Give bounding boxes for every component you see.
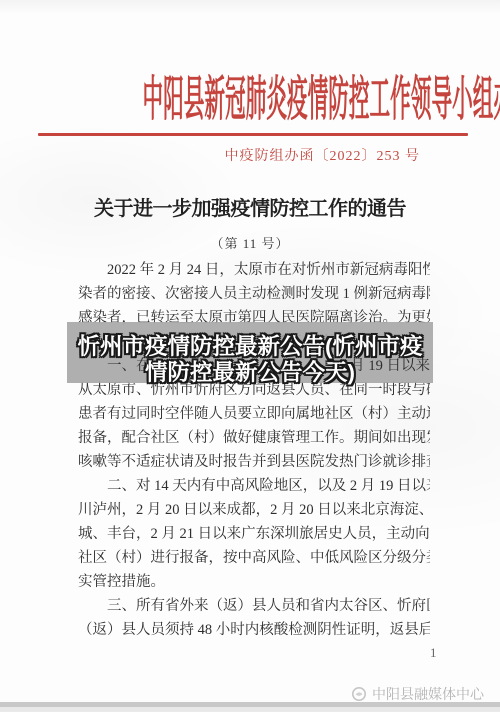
body-line: 报备，配合社区（村）做好健康管理工作。期间如出现发热、 [78,426,430,450]
body-line: 城、丰台，2 月 21 日以来广东深圳旅居史人员，主动向属地 [78,522,430,546]
notice-title: 关于进一步加强疫情防控工作的通告 [0,192,500,221]
overlay-caption-line2: 情防控最新公告今天) [0,355,500,387]
document-number: 中疫防组办函〔2022〕253 号 [0,145,420,165]
body-line: （返）县人员须持 48 小时内核酸检测阴性证明，返县后 48 [78,618,430,642]
issue-number: （第 11 号） [0,233,500,252]
watermark-label: 中阳县融媒体中心 [372,684,484,704]
body-line: 2022 年 2 月 24 日，太原市在对忻州市新冠病毒阳性感 [78,258,430,282]
body-line: 三、所有省外来（返）县人员和省内太谷区、忻府区来 [78,594,430,618]
body-line: 实管控措施。 [78,570,430,594]
banner-divider [38,133,468,136]
body-line: 二、对 14 天内有中高风险地区，以及 2 月 19 日以来四 [78,474,430,498]
body-line: 川泸州，2 月 20 日以来成都，2 月 20 日以来北京海淀、西 [78,498,430,522]
notice-body: 2022 年 2 月 24 日，太原市在对忻州市新冠病毒阳性感 染者的密接、次密… [78,258,430,642]
body-line: 咳嗽等不适症状请及时报告并到县医院发热门诊就诊排查。 [78,450,430,474]
body-line: 社区（村）进行报备，按中高风险、中低风险区分级分类落 [78,546,430,570]
page-number: 1 [430,645,437,661]
document-photo: 中阳县新冠肺炎疫情防控工作领导小组办公室 中疫防组办函〔2022〕253 号 关… [0,0,500,712]
media-center-logo-icon [351,686,367,702]
media-center-watermark: 中阳县融媒体中心 [351,684,484,704]
background-below-paper [0,707,500,712]
body-line: 患者有过同时空伴随人员要立即向属地社区（村）主动进行 [78,402,430,426]
body-line: 染者的密接、次密接人员主动检测时发现 1 例新冠病毒阳性 [78,282,430,306]
issuing-office-banner: 中阳县新冠肺炎疫情防控工作领导小组办公室 [143,74,358,126]
